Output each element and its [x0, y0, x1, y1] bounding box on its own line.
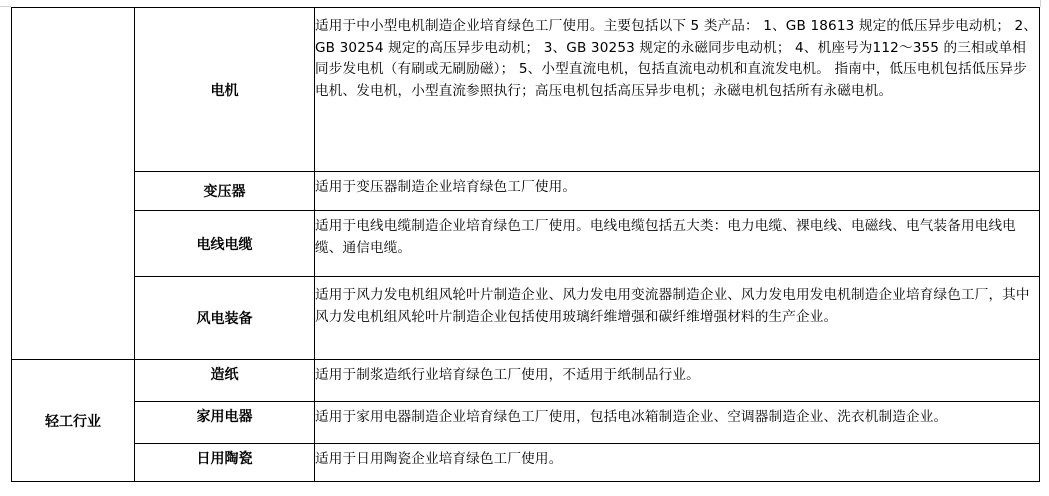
table-row: 电线电缆 适用于电线电缆制造企业培育绿色工厂使用。电线电缆包括五大类：电力电缆、…	[12, 211, 1040, 277]
product-cell: 风电装备	[135, 277, 315, 360]
product-cell: 日用陶瓷	[135, 444, 315, 482]
table-row: 风电装备 适用于风力发电机组风轮叶片制造企业、风力发电用变流器制造企业、风力发电…	[12, 277, 1040, 360]
table-row: 家用电器 适用于家用电器制造企业培育绿色工厂使用，包括电冰箱制造企业、空调器制造…	[12, 402, 1040, 444]
product-cell: 造纸	[135, 360, 315, 402]
industry-cell	[12, 8, 135, 360]
description-cell: 适用于制浆造纸行业培育绿色工厂使用，不适用于纸制品行业。	[315, 360, 1040, 402]
product-cell: 电机	[135, 8, 315, 172]
industry-cell: 轻工行业	[12, 360, 135, 482]
page-margin-guide	[1040, 0, 1041, 7]
green-factory-guide-table: 电机 适用于中小型电机制造企业培育绿色工厂使用。主要包括以下 5 类产品： 1、…	[11, 7, 1040, 482]
description-cell: 适用于家用电器制造企业培育绿色工厂使用，包括电冰箱制造企业、空调器制造企业、洗衣…	[315, 402, 1040, 444]
description-cell: 适用于中小型电机制造企业培育绿色工厂使用。主要包括以下 5 类产品： 1、GB …	[315, 8, 1040, 172]
table-row: 电机 适用于中小型电机制造企业培育绿色工厂使用。主要包括以下 5 类产品： 1、…	[12, 8, 1040, 172]
description-cell: 适用于风力发电机组风轮叶片制造企业、风力发电用变流器制造企业、风力发电用发电机制…	[315, 277, 1040, 360]
table-row: 日用陶瓷 适用于日用陶瓷企业培育绿色工厂使用。	[12, 444, 1040, 482]
description-cell: 适用于电线电缆制造企业培育绿色工厂使用。电线电缆包括五大类：电力电缆、裸电线、电…	[315, 211, 1040, 277]
product-cell: 家用电器	[135, 402, 315, 444]
page-margin-guide	[0, 6, 11, 7]
product-cell: 电线电缆	[135, 211, 315, 277]
product-cell: 变压器	[135, 172, 315, 211]
description-cell: 适用于日用陶瓷企业培育绿色工厂使用。	[315, 444, 1040, 482]
table-row: 轻工行业 造纸 适用于制浆造纸行业培育绿色工厂使用，不适用于纸制品行业。	[12, 360, 1040, 402]
description-cell: 适用于变压器制造企业培育绿色工厂使用。	[315, 172, 1040, 211]
table-row: 变压器 适用于变压器制造企业培育绿色工厂使用。	[12, 172, 1040, 211]
